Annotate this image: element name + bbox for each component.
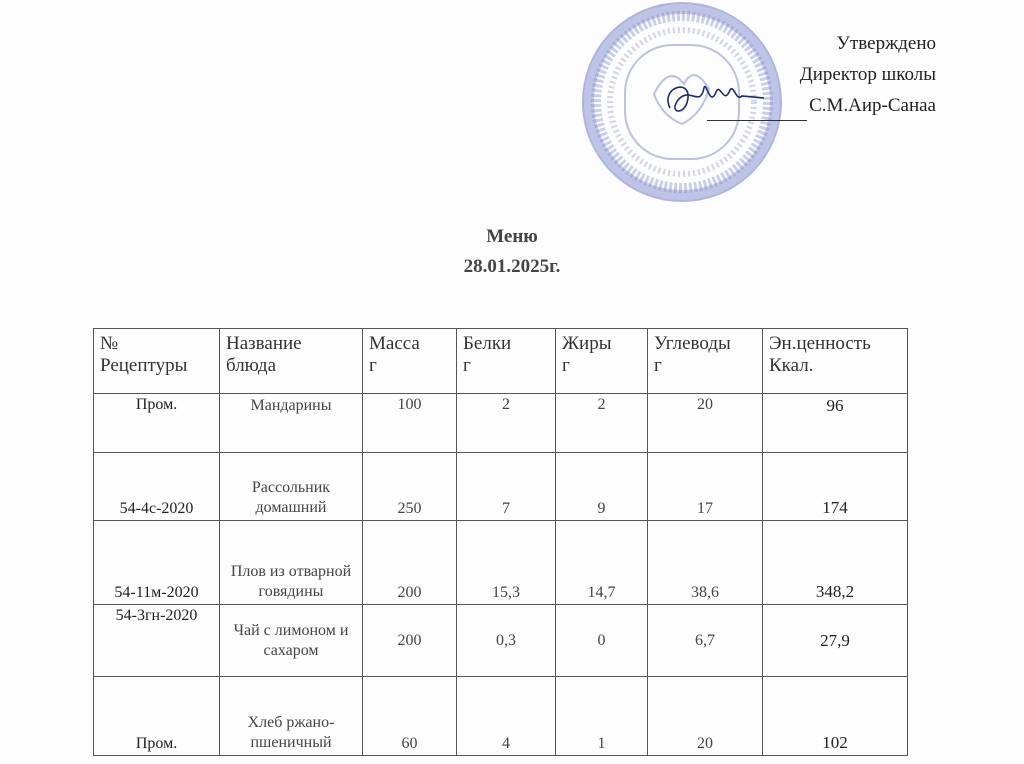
protein: 15,3 bbox=[457, 521, 556, 605]
dish-name: Чай с лимоном и сахаром bbox=[220, 605, 363, 677]
protein: 2 bbox=[457, 394, 556, 453]
energy: 96 bbox=[763, 394, 908, 453]
recipe-code: Пром. bbox=[94, 394, 220, 453]
document-date: 28.01.2025г. bbox=[0, 252, 1024, 282]
protein: 4 bbox=[457, 677, 556, 756]
header-carbs: Углеводыг bbox=[648, 329, 763, 394]
header-dish-name: Названиеблюда bbox=[220, 329, 363, 394]
header-mass: Массаг bbox=[363, 329, 457, 394]
protein: 0,3 bbox=[457, 605, 556, 677]
mass: 100 bbox=[363, 394, 457, 453]
header-fat: Жирыг bbox=[556, 329, 648, 394]
mass: 60 bbox=[363, 677, 457, 756]
approval-label: Утверждено bbox=[707, 28, 936, 59]
energy: 27,9 bbox=[763, 605, 908, 677]
approver-signature-line: С.М.Аир-Санаа bbox=[707, 90, 936, 121]
document-title: Меню bbox=[0, 222, 1024, 252]
carbs: 20 bbox=[648, 394, 763, 453]
fat: 2 bbox=[556, 394, 648, 453]
document-title-block: Меню 28.01.2025г. bbox=[0, 222, 1024, 282]
carbs: 6,7 bbox=[648, 605, 763, 677]
dish-name: Плов из отварной говядины bbox=[220, 521, 363, 605]
mass: 250 bbox=[363, 453, 457, 521]
fat: 1 bbox=[556, 677, 648, 756]
approver-position: Директор школы bbox=[707, 59, 936, 90]
dish-name: Рассольник домашний bbox=[220, 453, 363, 521]
dish-name: Мандарины bbox=[220, 394, 363, 453]
signature-line bbox=[707, 102, 807, 121]
approval-block: Утверждено Директор школы С.М.Аир-Санаа bbox=[707, 28, 936, 121]
menu-table: №Рецептуры Названиеблюда Массаг Белкиг Ж… bbox=[93, 328, 908, 756]
carbs: 17 bbox=[648, 453, 763, 521]
fat: 14,7 bbox=[556, 521, 648, 605]
table-row: Пром. Хлеб ржано-пшеничный 60 4 1 20 102 bbox=[94, 677, 908, 756]
carbs: 20 bbox=[648, 677, 763, 756]
protein: 7 bbox=[457, 453, 556, 521]
recipe-code: Пром. bbox=[94, 677, 220, 756]
header-protein: Белкиг bbox=[457, 329, 556, 394]
approver-name: С.М.Аир-Санаа bbox=[809, 95, 936, 116]
fat: 9 bbox=[556, 453, 648, 521]
recipe-code: 54-3гн-2020 bbox=[94, 605, 220, 677]
recipe-code: 54-11м-2020 bbox=[94, 521, 220, 605]
energy: 102 bbox=[763, 677, 908, 756]
recipe-code: 54-4с-2020 bbox=[94, 453, 220, 521]
carbs: 38,6 bbox=[648, 521, 763, 605]
energy: 174 bbox=[763, 453, 908, 521]
mass: 200 bbox=[363, 521, 457, 605]
header-energy: Эн.ценностьКкал. bbox=[763, 329, 908, 394]
table-row: 54-3гн-2020 Чай с лимоном и сахаром 200 … bbox=[94, 605, 908, 677]
dish-name: Хлеб ржано-пшеничный bbox=[220, 677, 363, 756]
table-row: Пром. Мандарины 100 2 2 20 96 bbox=[94, 394, 908, 453]
table-row: 54-4с-2020 Рассольник домашний 250 7 9 1… bbox=[94, 453, 908, 521]
fat: 0 bbox=[556, 605, 648, 677]
energy: 348,2 bbox=[763, 521, 908, 605]
header-recipe-number: №Рецептуры bbox=[94, 329, 220, 394]
table-header-row: №Рецептуры Названиеблюда Массаг Белкиг Ж… bbox=[94, 329, 908, 394]
mass: 200 bbox=[363, 605, 457, 677]
table-row: 54-11м-2020 Плов из отварной говядины 20… bbox=[94, 521, 908, 605]
